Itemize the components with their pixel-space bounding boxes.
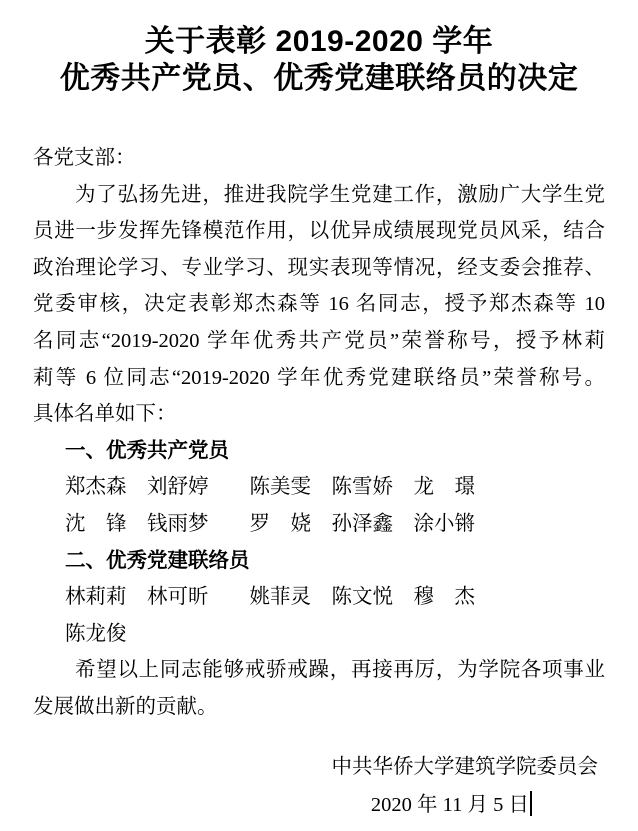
paragraph-line[interactable]: 希望以上同志能够戒骄戒躁，再接再厉，为学院各项事业 [33,652,605,689]
paragraph-line[interactable]: 为了弘扬先进，推进我院学生党建工作，激励广大学生党 [33,177,605,214]
title-line-1[interactable]: 关于表彰 2019-2020 学年 [33,23,605,60]
title-line-2[interactable]: 优秀共产党员、优秀党建联络员的决定 [33,60,605,97]
signature-date-text: 2020 年 11 月 5 日 [371,794,529,816]
names-line[interactable]: 陈龙俊 [33,616,605,653]
names-line[interactable]: 林莉莉 林可昕 姚菲灵 陈文悦 穆 杰 [33,579,605,616]
names-line[interactable]: 沈 锋 钱雨梦 罗 娆 孙泽鑫 涂小锵 [33,506,605,543]
paragraph-line[interactable]: 员进一步发挥先锋模范作用，以优异成绩展现党员风采，结合 [33,213,605,250]
salutation-line[interactable]: 各党支部： [33,140,605,177]
paragraph-line[interactable]: 党委审核，决定表彰郑杰森等 16 名同志，授予郑杰森等 10 [33,286,605,323]
text-cursor [530,791,532,816]
document-body[interactable]: 各党支部：为了弘扬先进，推进我院学生党建工作，激励广大学生党员进一步发挥先锋模范… [33,140,605,726]
paragraph-line[interactable]: 发展做出新的贡献。 [33,689,605,726]
signature-date-line[interactable]: 2020 年 11 月 5 日 [33,786,605,824]
section-heading-line[interactable]: 二、优秀党建联络员 [33,543,605,580]
paragraph-line[interactable]: 政治理论学习、专业学习、现实表现等情况，经支委会推荐、 [33,250,605,287]
section-heading-line[interactable]: 一、优秀共产党员 [33,433,605,470]
paragraph-line[interactable]: 莉等 6 位同志“2019-2020 学年优秀党建联络员”荣誉称号。 [33,360,605,397]
document-page[interactable]: 关于表彰 2019-2020 学年 优秀共产党员、优秀党建联络员的决定 各党支部… [0,0,638,831]
signature-block: 中共华侨大学建筑学院委员会 2020 年 11 月 5 日 [33,748,605,824]
signature-org-line[interactable]: 中共华侨大学建筑学院委员会 [33,748,605,786]
paragraph-line[interactable]: 名同志“2019-2020 学年优秀共产党员”荣誉称号，授予林莉 [33,323,605,360]
names-line[interactable]: 郑杰森 刘舒婷 陈美雯 陈雪娇 龙 璟 [33,469,605,506]
paragraph-line[interactable]: 具体名单如下： [33,396,605,433]
document-title: 关于表彰 2019-2020 学年 优秀共产党员、优秀党建联络员的决定 [33,23,605,97]
